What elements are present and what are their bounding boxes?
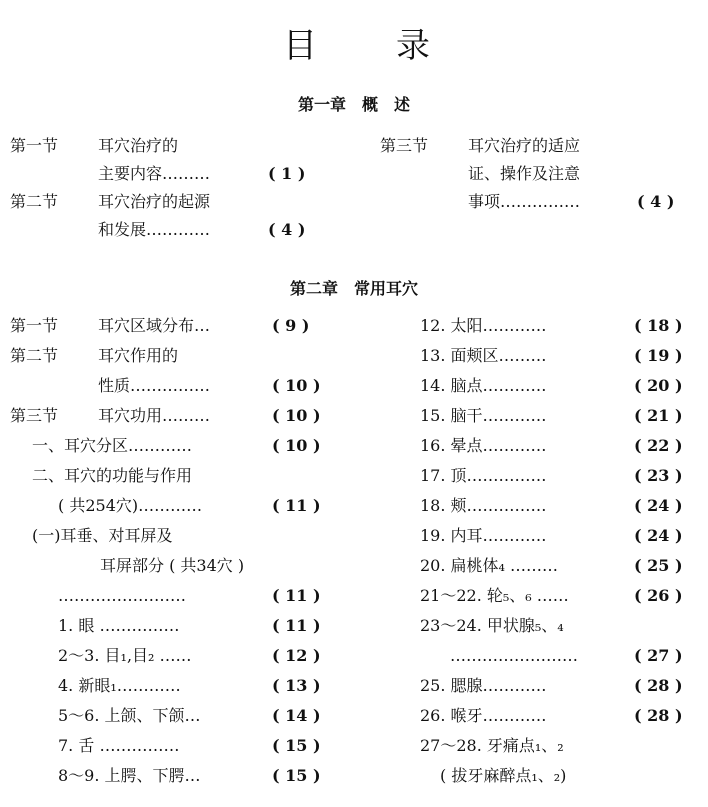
page-number: ( 21 ) bbox=[634, 404, 683, 428]
page-number: ( 1 ) bbox=[268, 162, 305, 186]
entry-title: 13. 面颊区……… bbox=[420, 344, 547, 368]
page-number: ( 10 ) bbox=[272, 404, 321, 428]
entry-title: 26. 喉牙………… bbox=[420, 704, 547, 728]
toc-entry: 27～28. 牙痛点₁、₂ bbox=[420, 734, 700, 758]
entry-title: 主要内容……… bbox=[98, 162, 210, 186]
toc-entry: 14. 脑点…………( 20 ) bbox=[420, 374, 700, 398]
page-number: ( 20 ) bbox=[634, 374, 683, 398]
toc-entry: 26. 喉牙…………( 28 ) bbox=[420, 704, 700, 728]
entry-title: 7. 舌 …………… bbox=[58, 734, 179, 758]
entry-title: 14. 脑点………… bbox=[420, 374, 547, 398]
entry-title: 1. 眼 …………… bbox=[58, 614, 179, 638]
page-number: ( 28 ) bbox=[634, 704, 683, 728]
toc-entry: 第一节耳穴区域分布…( 9 ) bbox=[10, 314, 340, 338]
entry-title: 25. 腮腺………… bbox=[420, 674, 547, 698]
page-number: ( 26 ) bbox=[634, 584, 683, 608]
entry-title: 一、耳穴分区………… bbox=[32, 434, 192, 458]
page-number: ( 11 ) bbox=[272, 584, 321, 608]
section-label: 第二节 bbox=[10, 344, 58, 368]
chapter-1-heading: 第一章 概 述 bbox=[0, 92, 708, 115]
entry-title: 二、耳穴的功能与作用 bbox=[32, 464, 192, 488]
entry-title: 17. 顶…………… bbox=[420, 464, 547, 488]
toc-entry: 20. 扁桃体₄ ………( 25 ) bbox=[420, 554, 700, 578]
page-number: ( 10 ) bbox=[272, 374, 321, 398]
toc-entry: 12. 太阳…………( 18 ) bbox=[420, 314, 700, 338]
page-number: ( 28 ) bbox=[634, 674, 683, 698]
toc-entry: 21～22. 轮₅、₆ ……( 26 ) bbox=[420, 584, 700, 608]
page-number: ( 15 ) bbox=[272, 734, 321, 758]
page-number: ( 10 ) bbox=[272, 434, 321, 458]
page-number: ( 4 ) bbox=[268, 218, 305, 242]
entry-title: (一)耳垂、对耳屏及 bbox=[32, 524, 173, 548]
chapter-2-heading: 第二章 常用耳穴 bbox=[0, 276, 708, 299]
toc-entry: (一)耳垂、对耳屏及 bbox=[10, 524, 340, 548]
toc-entry: 4. 新眼₁…………( 13 ) bbox=[10, 674, 340, 698]
toc-entry: 第一节耳穴治疗的 bbox=[10, 134, 340, 158]
title-char-1: 目 bbox=[283, 18, 319, 67]
entry-title: …………………… bbox=[58, 584, 186, 608]
entry-title: 16. 晕点………… bbox=[420, 434, 547, 458]
entry-title: 27～28. 牙痛点₁、₂ bbox=[420, 734, 564, 758]
entry-title: 5～6. 上颌、下颌… bbox=[58, 704, 201, 728]
toc-entry: 性质……………( 10 ) bbox=[10, 374, 340, 398]
entry-title: 19. 内耳………… bbox=[420, 524, 547, 548]
toc-entry: 18. 颊……………( 24 ) bbox=[420, 494, 700, 518]
toc-entry: 第三节耳穴治疗的适应 bbox=[380, 134, 700, 158]
entry-title: 耳穴作用的 bbox=[98, 344, 178, 368]
page-number: ( 27 ) bbox=[634, 644, 683, 668]
entry-title: ( 拔牙麻醉点₁、₂) bbox=[440, 764, 566, 788]
entry-title: 18. 颊…………… bbox=[420, 494, 547, 518]
toc-entry: ( 共254穴)…………( 11 ) bbox=[10, 494, 340, 518]
toc-entry: 证、操作及注意 bbox=[380, 162, 700, 186]
entry-title: 耳屏部分 ( 共34穴 ) bbox=[100, 554, 244, 578]
page-number: ( 24 ) bbox=[634, 494, 683, 518]
toc-entry: ( 拔牙麻醉点₁、₂) bbox=[420, 764, 700, 788]
toc-entry: 主要内容………( 1 ) bbox=[10, 162, 340, 186]
entry-title: …………………… bbox=[450, 644, 578, 668]
page-number: ( 4 ) bbox=[637, 190, 674, 214]
section-label: 第三节 bbox=[380, 134, 428, 158]
toc-entry: 5～6. 上颌、下颌…( 14 ) bbox=[10, 704, 340, 728]
entry-title: 8～9. 上腭、下腭… bbox=[58, 764, 201, 788]
entry-title: 证、操作及注意 bbox=[468, 162, 580, 186]
toc-entry: 1. 眼 ……………( 11 ) bbox=[10, 614, 340, 638]
entry-title: 20. 扁桃体₄ ……… bbox=[420, 554, 558, 578]
toc-entry: 8～9. 上腭、下腭…( 15 ) bbox=[10, 764, 340, 788]
page-number: ( 24 ) bbox=[634, 524, 683, 548]
entry-title: 耳穴区域分布… bbox=[98, 314, 210, 338]
toc-entry: 13. 面颊区………( 19 ) bbox=[420, 344, 700, 368]
page-number: ( 14 ) bbox=[272, 704, 321, 728]
entry-title: 耳穴治疗的起源 bbox=[98, 190, 210, 214]
page-number: ( 23 ) bbox=[634, 464, 683, 488]
toc-entry: 7. 舌 ……………( 15 ) bbox=[10, 734, 340, 758]
toc-entry: ……………………( 11 ) bbox=[10, 584, 340, 608]
entry-title: 事项…………… bbox=[468, 190, 580, 214]
page-number: ( 22 ) bbox=[634, 434, 683, 458]
page-number: ( 9 ) bbox=[272, 314, 309, 338]
entry-title: 23～24. 甲状腺₅、₄ bbox=[420, 614, 564, 638]
toc-entry: 耳屏部分 ( 共34穴 ) bbox=[10, 554, 340, 578]
page-number: ( 11 ) bbox=[272, 494, 321, 518]
entry-title: 耳穴治疗的适应 bbox=[468, 134, 580, 158]
page-number: ( 15 ) bbox=[272, 764, 321, 788]
entry-title: 和发展………… bbox=[98, 218, 210, 242]
toc-entry: 二、耳穴的功能与作用 bbox=[10, 464, 340, 488]
toc-entry: 和发展…………( 4 ) bbox=[10, 218, 340, 242]
toc-entry: 事项……………( 4 ) bbox=[380, 190, 700, 214]
section-label: 第一节 bbox=[10, 314, 58, 338]
entry-title: ( 共254穴)………… bbox=[58, 494, 202, 518]
toc-entry: ……………………( 27 ) bbox=[420, 644, 700, 668]
title-char-2: 录 bbox=[396, 18, 432, 67]
section-label: 第三节 bbox=[10, 404, 58, 428]
toc-entry: 25. 腮腺…………( 28 ) bbox=[420, 674, 700, 698]
toc-entry: 17. 顶……………( 23 ) bbox=[420, 464, 700, 488]
page-number: ( 18 ) bbox=[634, 314, 683, 338]
toc-entry: 16. 晕点…………( 22 ) bbox=[420, 434, 700, 458]
section-label: 第二节 bbox=[10, 190, 58, 214]
page-number: ( 13 ) bbox=[272, 674, 321, 698]
section-label: 第一节 bbox=[10, 134, 58, 158]
toc-entry: 第三节耳穴功用………( 10 ) bbox=[10, 404, 340, 428]
page-number: ( 12 ) bbox=[272, 644, 321, 668]
toc-entry: 一、耳穴分区…………( 10 ) bbox=[10, 434, 340, 458]
toc-entry: 23～24. 甲状腺₅、₄ bbox=[420, 614, 700, 638]
entry-title: 耳穴功用……… bbox=[98, 404, 210, 428]
toc-entry: 19. 内耳…………( 24 ) bbox=[420, 524, 700, 548]
entry-title: 15. 脑干………… bbox=[420, 404, 547, 428]
entry-title: 12. 太阳………… bbox=[420, 314, 547, 338]
entry-title: 4. 新眼₁………… bbox=[58, 674, 181, 698]
toc-entry: 15. 脑干…………( 21 ) bbox=[420, 404, 700, 428]
entry-title: 耳穴治疗的 bbox=[98, 134, 178, 158]
entry-title: 性质…………… bbox=[98, 374, 210, 398]
entry-title: 2～3. 目₁,目₂ …… bbox=[58, 644, 192, 668]
entry-title: 21～22. 轮₅、₆ …… bbox=[420, 584, 569, 608]
toc-entry: 第二节耳穴作用的 bbox=[10, 344, 340, 368]
toc-entry: 2～3. 目₁,目₂ ……( 12 ) bbox=[10, 644, 340, 668]
page-number: ( 25 ) bbox=[634, 554, 683, 578]
toc-entry: 第二节耳穴治疗的起源 bbox=[10, 190, 340, 214]
page-number: ( 11 ) bbox=[272, 614, 321, 638]
page-number: ( 19 ) bbox=[634, 344, 683, 368]
